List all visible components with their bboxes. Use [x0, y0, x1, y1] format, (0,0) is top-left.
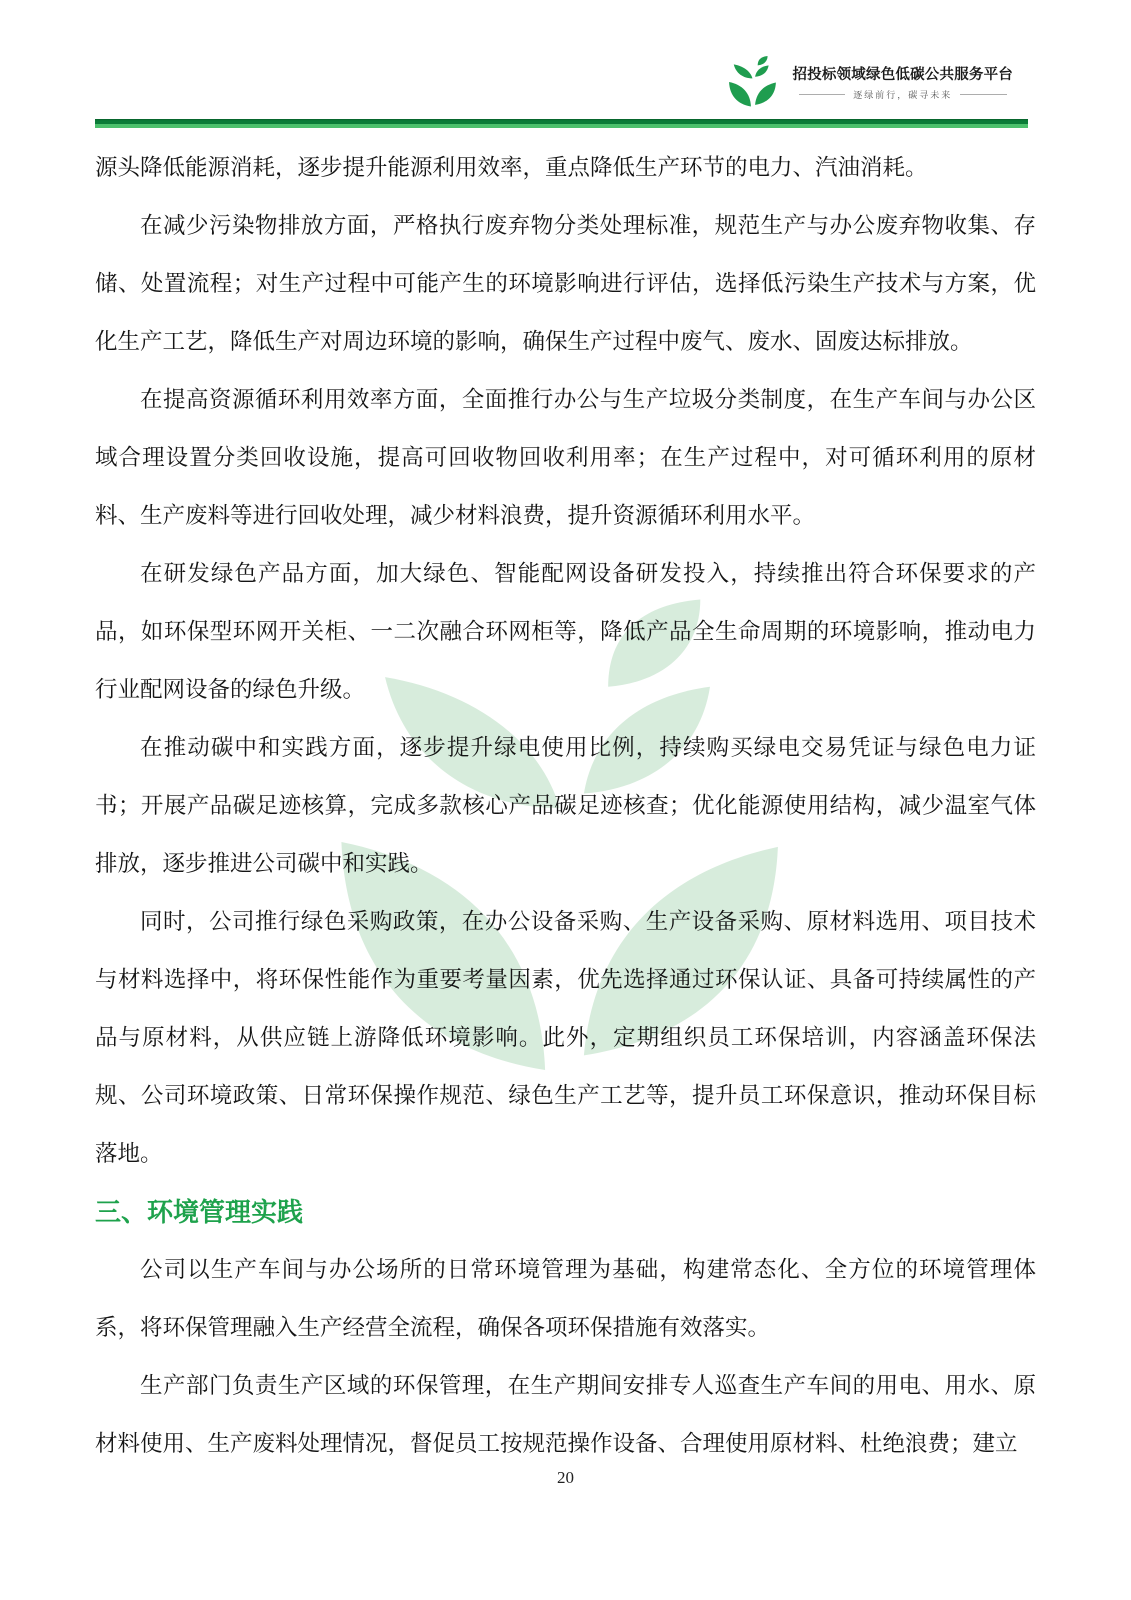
- brand-tagline: 逐绿前行，碳寻未来: [793, 88, 1014, 101]
- brand-title: 招投标领域绿色低碳公共服务平台: [793, 63, 1014, 84]
- paragraph: 源头降低能源消耗，逐步提升能源利用效率，重点降低生产环节的电力、汽油消耗。: [95, 139, 1036, 197]
- header-brand: 招投标领域绿色低碳公共服务平台 逐绿前行，碳寻未来: [725, 56, 1014, 108]
- sprout-logo-icon: [725, 56, 781, 108]
- tagline-left-rule: [799, 94, 846, 95]
- brand-tagline-text: 逐绿前行，碳寻未来: [853, 88, 952, 101]
- header-divider: [95, 119, 1028, 128]
- paragraph: 公司以生产车间与办公场所的日常环境管理为基础，构建常态化、全方位的环境管理体系，…: [95, 1241, 1036, 1357]
- page-number: 20: [0, 1468, 1131, 1488]
- paragraph: 在提高资源循环利用效率方面，全面推行办公与生产垃圾分类制度，在生产车间与办公区域…: [95, 371, 1036, 545]
- section-heading: 三、环境管理实践: [95, 1183, 1036, 1241]
- paragraph: 在减少污染物排放方面，严格执行废弃物分类处理标准，规范生产与办公废弃物收集、存储…: [95, 197, 1036, 371]
- paragraph: 在研发绿色产品方面，加大绿色、智能配网设备研发投入，持续推出符合环保要求的产品，…: [95, 545, 1036, 719]
- paragraph: 同时，公司推行绿色采购政策，在办公设备采购、生产设备采购、原材料选用、项目技术与…: [95, 893, 1036, 1183]
- brand-text-block: 招投标领域绿色低碳公共服务平台 逐绿前行，碳寻未来: [793, 63, 1014, 101]
- document-body: 源头降低能源消耗，逐步提升能源利用效率，重点降低生产环节的电力、汽油消耗。 在减…: [95, 139, 1036, 1473]
- paragraph: 在推动碳中和实践方面，逐步提升绿电使用比例，持续购买绿电交易凭证与绿色电力证书；…: [95, 719, 1036, 893]
- tagline-right-rule: [960, 94, 1007, 95]
- paragraph: 生产部门负责生产区域的环保管理，在生产期间安排专人巡查生产车间的用电、用水、原材…: [95, 1357, 1036, 1473]
- document-page: 招投标领域绿色低碳公共服务平台 逐绿前行，碳寻未来 源头降低能源消耗，逐步提升能…: [0, 0, 1131, 1600]
